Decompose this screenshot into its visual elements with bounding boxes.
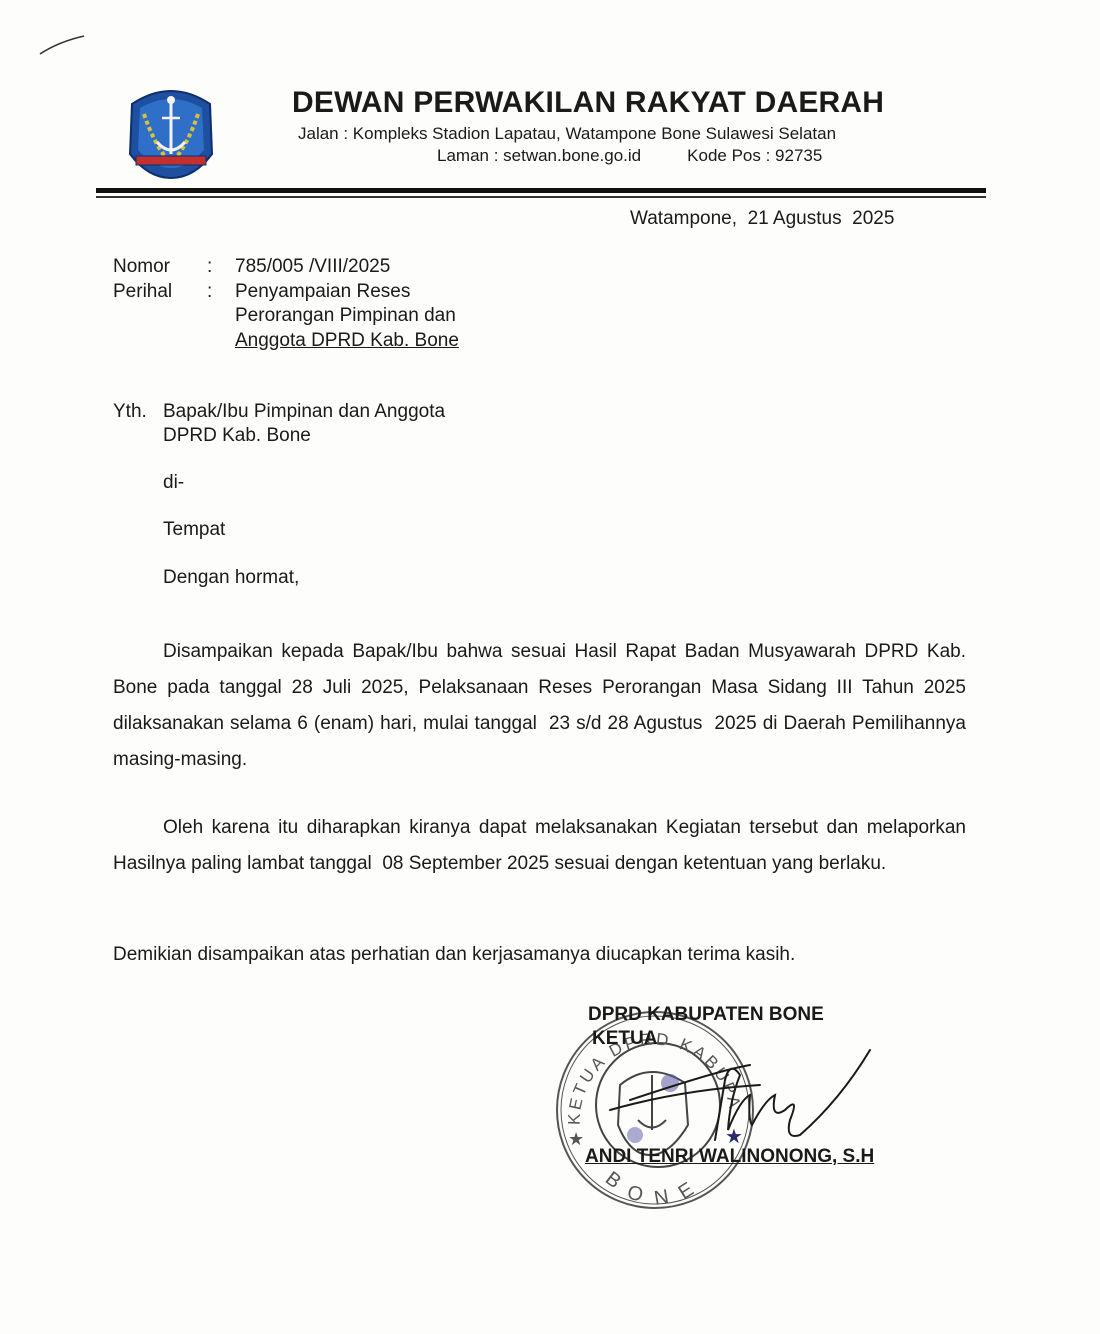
nomor-row: Nomor : 785/005 /VIII/2025 (113, 255, 459, 280)
recipient-di: di- (163, 472, 184, 494)
letter-date: Watampone, 21 Agustus 2025 (630, 208, 894, 230)
letterhead-divider-thick (96, 188, 986, 193)
letterhead-address: Jalan : Kompleks Stadion Lapatau, Watamp… (298, 124, 836, 144)
perihal-line: Perorangan Pimpinan dan (235, 304, 459, 329)
closing-sentence: Demikian disampaikan atas perhatian dan … (113, 944, 795, 966)
perihal-line: Penyampaian Reses (235, 280, 459, 305)
body-paragraph-2: Oleh karena itu diharapkan kiranya dapat… (113, 810, 966, 882)
letter-meta: Nomor : 785/005 /VIII/2025 Perihal : Pen… (113, 255, 459, 353)
letterhead-contact: Laman : setwan.bone.go.idKode Pos : 9273… (437, 146, 822, 166)
perihal-label: Perihal (113, 280, 207, 354)
nomor-label: Nomor (113, 255, 207, 280)
letterhead-postal-code: Kode Pos : 92735 (687, 146, 822, 165)
letterhead-divider-thin (96, 196, 986, 198)
recipient-tempat: Tempat (163, 519, 225, 541)
svg-text:BONE: BONE (601, 1167, 709, 1210)
handwritten-signature (600, 1040, 880, 1150)
perihal-separator: : (207, 280, 235, 354)
nomor-separator: : (207, 255, 235, 280)
signature-organization: DPRD KABUPATEN BONE (588, 1004, 824, 1026)
recipient-block: Yth. Bapak/Ibu Pimpinan dan Anggota DPRD… (113, 400, 445, 448)
recipient-prefix: Yth. (113, 400, 163, 448)
recipient-line: DPRD Kab. Bone (163, 424, 445, 448)
perihal-line: Anggota DPRD Kab. Bone (235, 329, 459, 354)
svg-text:★: ★ (568, 1129, 584, 1149)
perihal-row: Perihal : Penyampaian Reses Perorangan P… (113, 280, 459, 354)
dprd-bone-emblem-icon (124, 84, 218, 180)
recipient-line: Bapak/Ibu Pimpinan dan Anggota (163, 400, 445, 424)
letterhead-website: Laman : setwan.bone.go.id (437, 146, 641, 165)
pen-mark (38, 32, 86, 58)
nomor-value: 785/005 /VIII/2025 (235, 255, 390, 280)
body-paragraph-1: Disampaikan kepada Bapak/Ibu bahwa sesua… (113, 634, 966, 778)
letterhead-title: DEWAN PERWAKILAN RAKYAT DAERAH (292, 86, 884, 120)
signatory-name: ANDI TENRI WALINONONG, S.H (585, 1146, 874, 1168)
salutation: Dengan hormat, (163, 567, 299, 589)
